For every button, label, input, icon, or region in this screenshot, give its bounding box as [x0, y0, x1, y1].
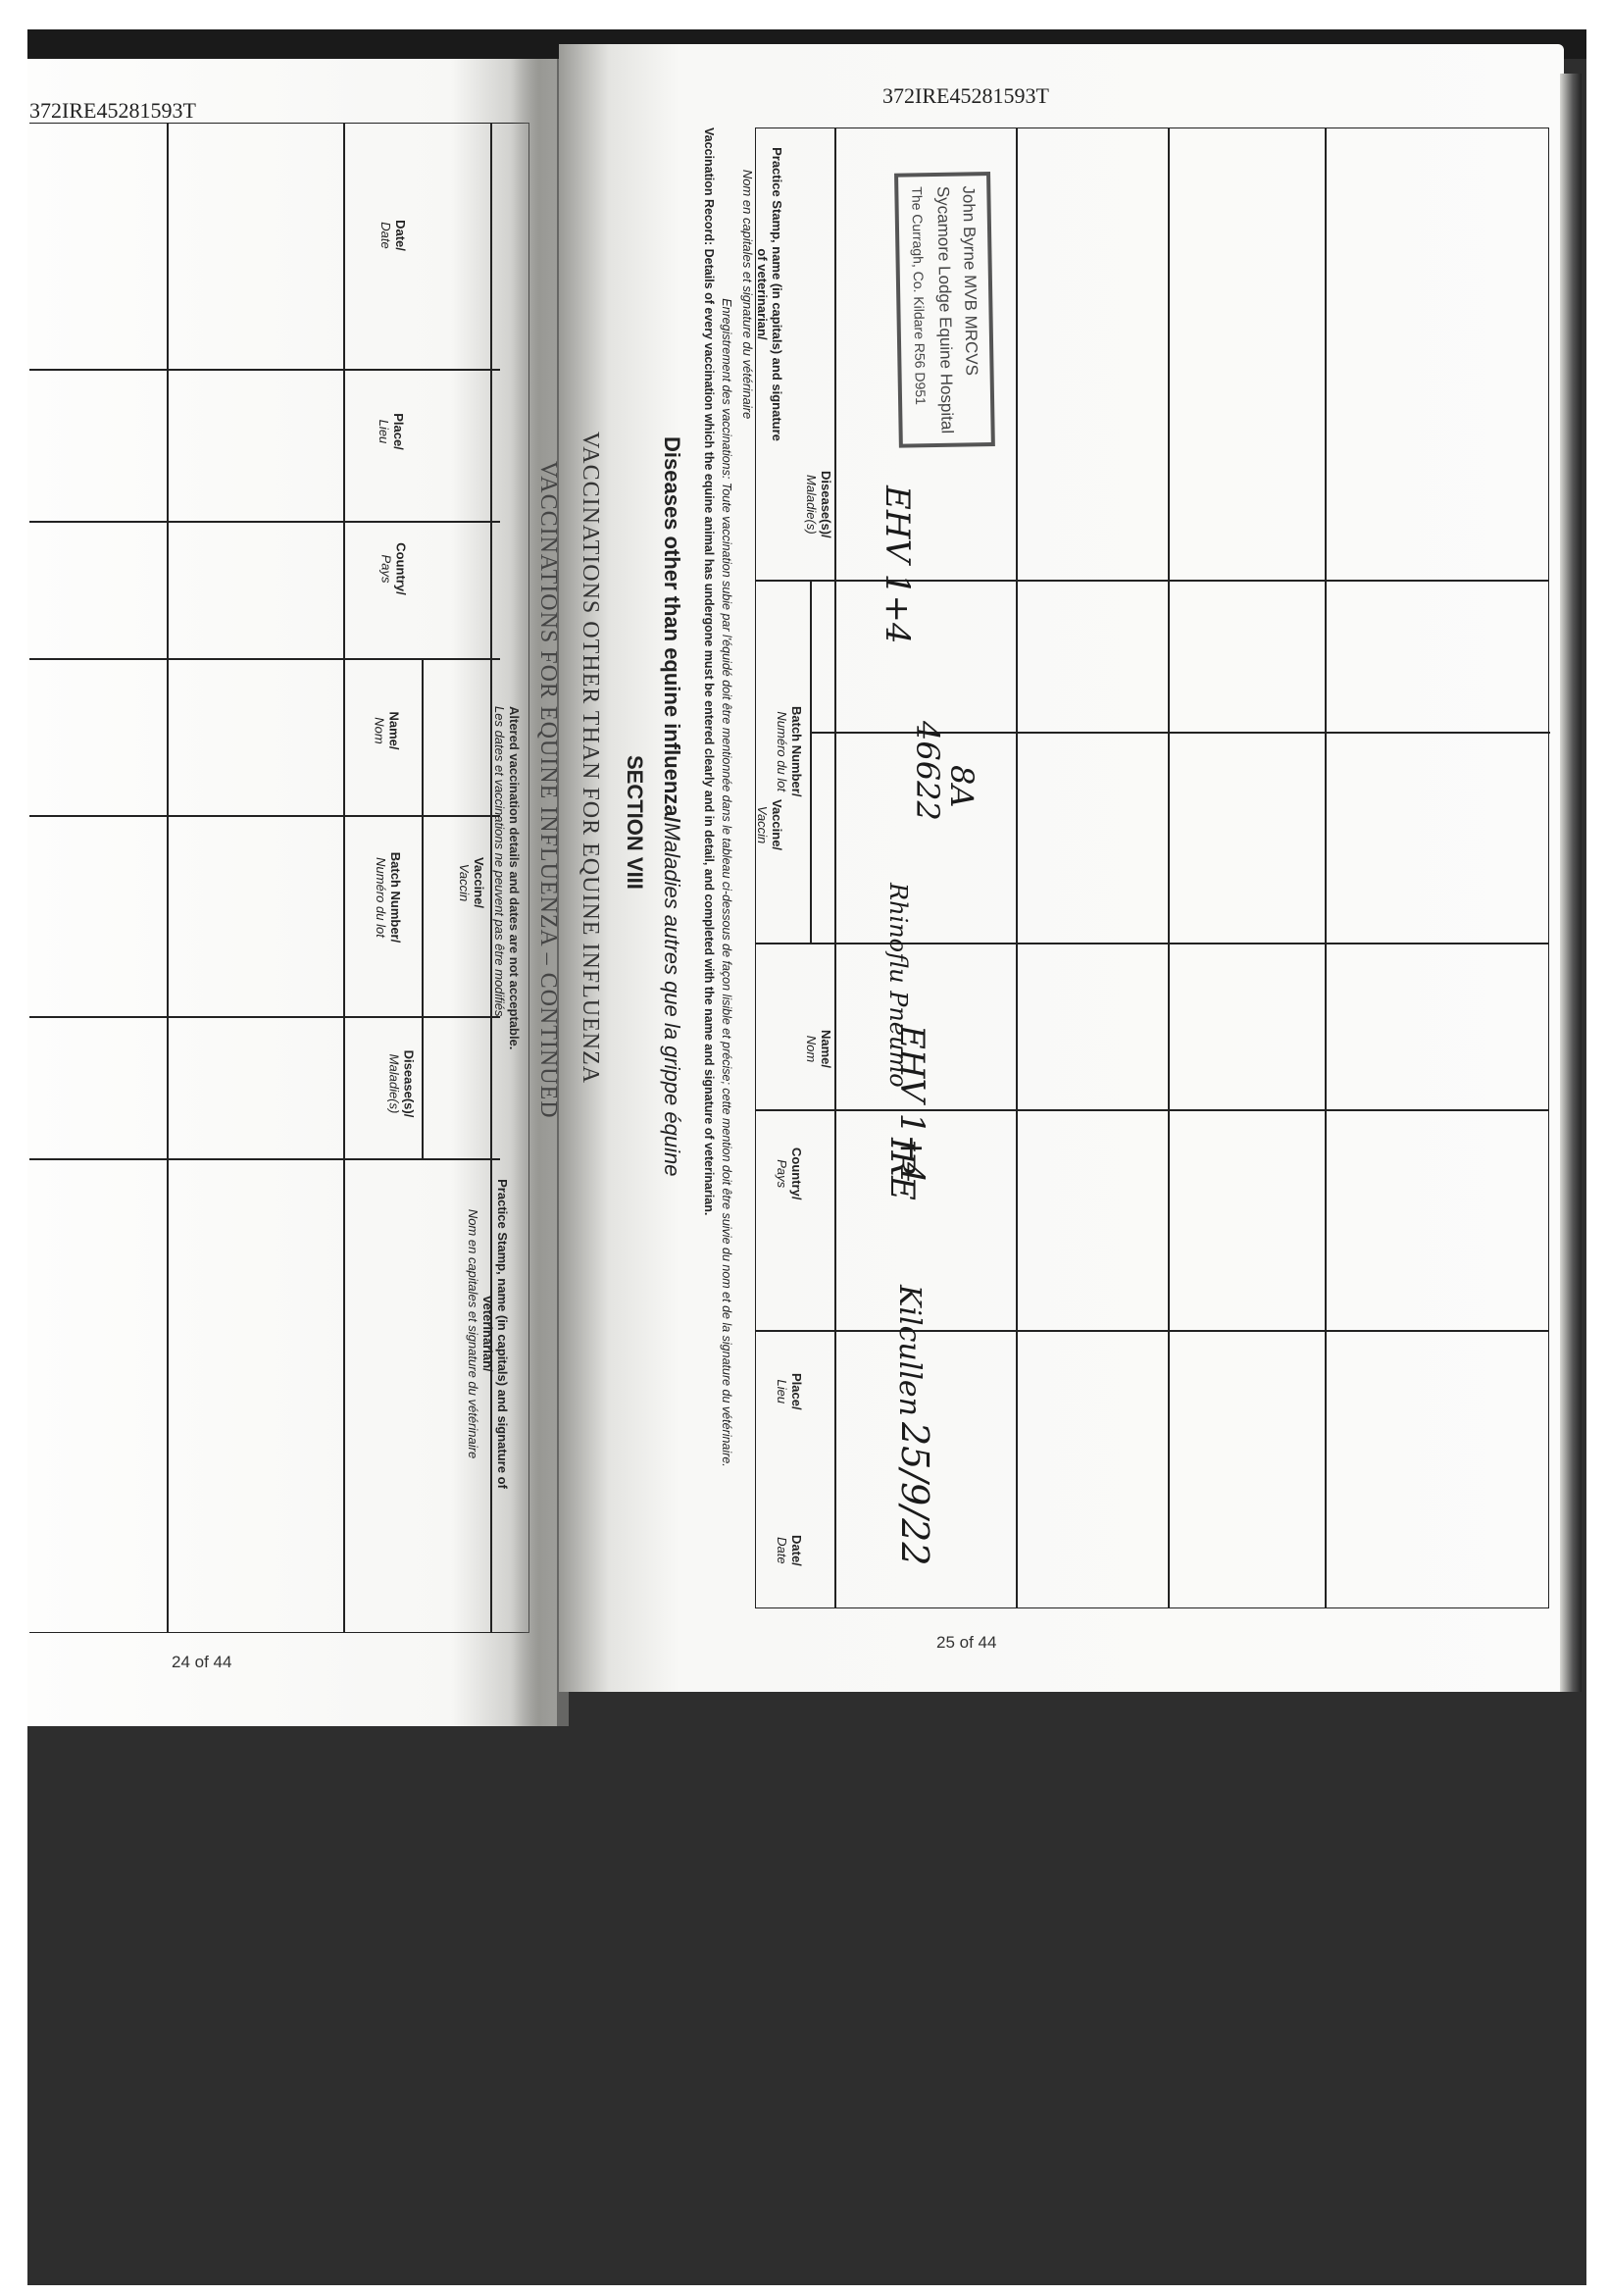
document-id: 372IRE45281593T: [29, 98, 196, 124]
header-disease: Disease(s)/Maladie(s): [386, 1050, 416, 1118]
header-place: Place/Lieu: [377, 413, 406, 450]
document-id-right: 372IRE45281593T: [882, 83, 1049, 109]
instructions-fr: Enregistrement des vaccinations: Toute v…: [720, 128, 733, 1638]
page-number-left: 24 of 44: [172, 1653, 231, 1672]
header-batch: Batch Number/Numéro du lot: [374, 852, 403, 943]
instructions-en: Vaccination Record: Details of every vac…: [702, 128, 716, 1638]
right-vaccination-table: [755, 128, 1549, 1608]
r-header-disease: Disease(s)/Maladie(s): [804, 471, 833, 538]
header-name: Name/Nom: [373, 711, 402, 749]
r-header-name: Name/Nom: [804, 1030, 833, 1068]
r-header-date: Date/Date: [775, 1535, 804, 1566]
r-header-stamp: Practice Stamp, name (in capitals) and s…: [740, 147, 784, 441]
batch-handwritten-2: 46622: [909, 721, 946, 821]
section-subtitle: Diseases other than equine influenza/Mal…: [659, 436, 684, 1176]
place-handwritten: Kilcullen: [892, 1285, 927, 1416]
country-handwritten: IRE: [882, 1138, 922, 1200]
section-title: SECTION VIII: [622, 755, 647, 890]
left-band-title: VACCINATIONS FOR EQUINE INFLUENZA – CONT…: [534, 461, 561, 1119]
r-header-country: Country/Pays: [775, 1148, 804, 1199]
page-number-right: 25 of 44: [936, 1633, 996, 1653]
r-header-batch: Batch Number/Numéro du lot: [775, 706, 804, 796]
batch-handwritten-3: 8A: [943, 765, 980, 807]
disease-handwritten: EHV 1+4: [878, 485, 917, 644]
header-vaccine: Vaccine/Vaccin: [457, 857, 486, 908]
warning-fr: Les dates et vaccinations ne peuvent pas…: [492, 706, 507, 1017]
right-band-title: VACCINATIONS OTHER THAN FOR EQUINE INFLU…: [577, 432, 603, 1084]
header-country: Country/Pays: [379, 542, 409, 594]
header-stamp: Practice Stamp, name (in capitals) and s…: [466, 1177, 510, 1491]
r-header-vaccine: Vaccine/Vaccin: [755, 799, 784, 850]
date-handwritten: 25/9/22: [893, 1422, 936, 1566]
header-date: Date/Date: [378, 220, 408, 251]
left-vaccination-table: [29, 123, 529, 1633]
veterinary-practice-stamp: John Byrne MVB MRCVS Sycamore Lodge Equi…: [894, 172, 995, 448]
r-header-place: Place/Lieu: [775, 1373, 804, 1410]
